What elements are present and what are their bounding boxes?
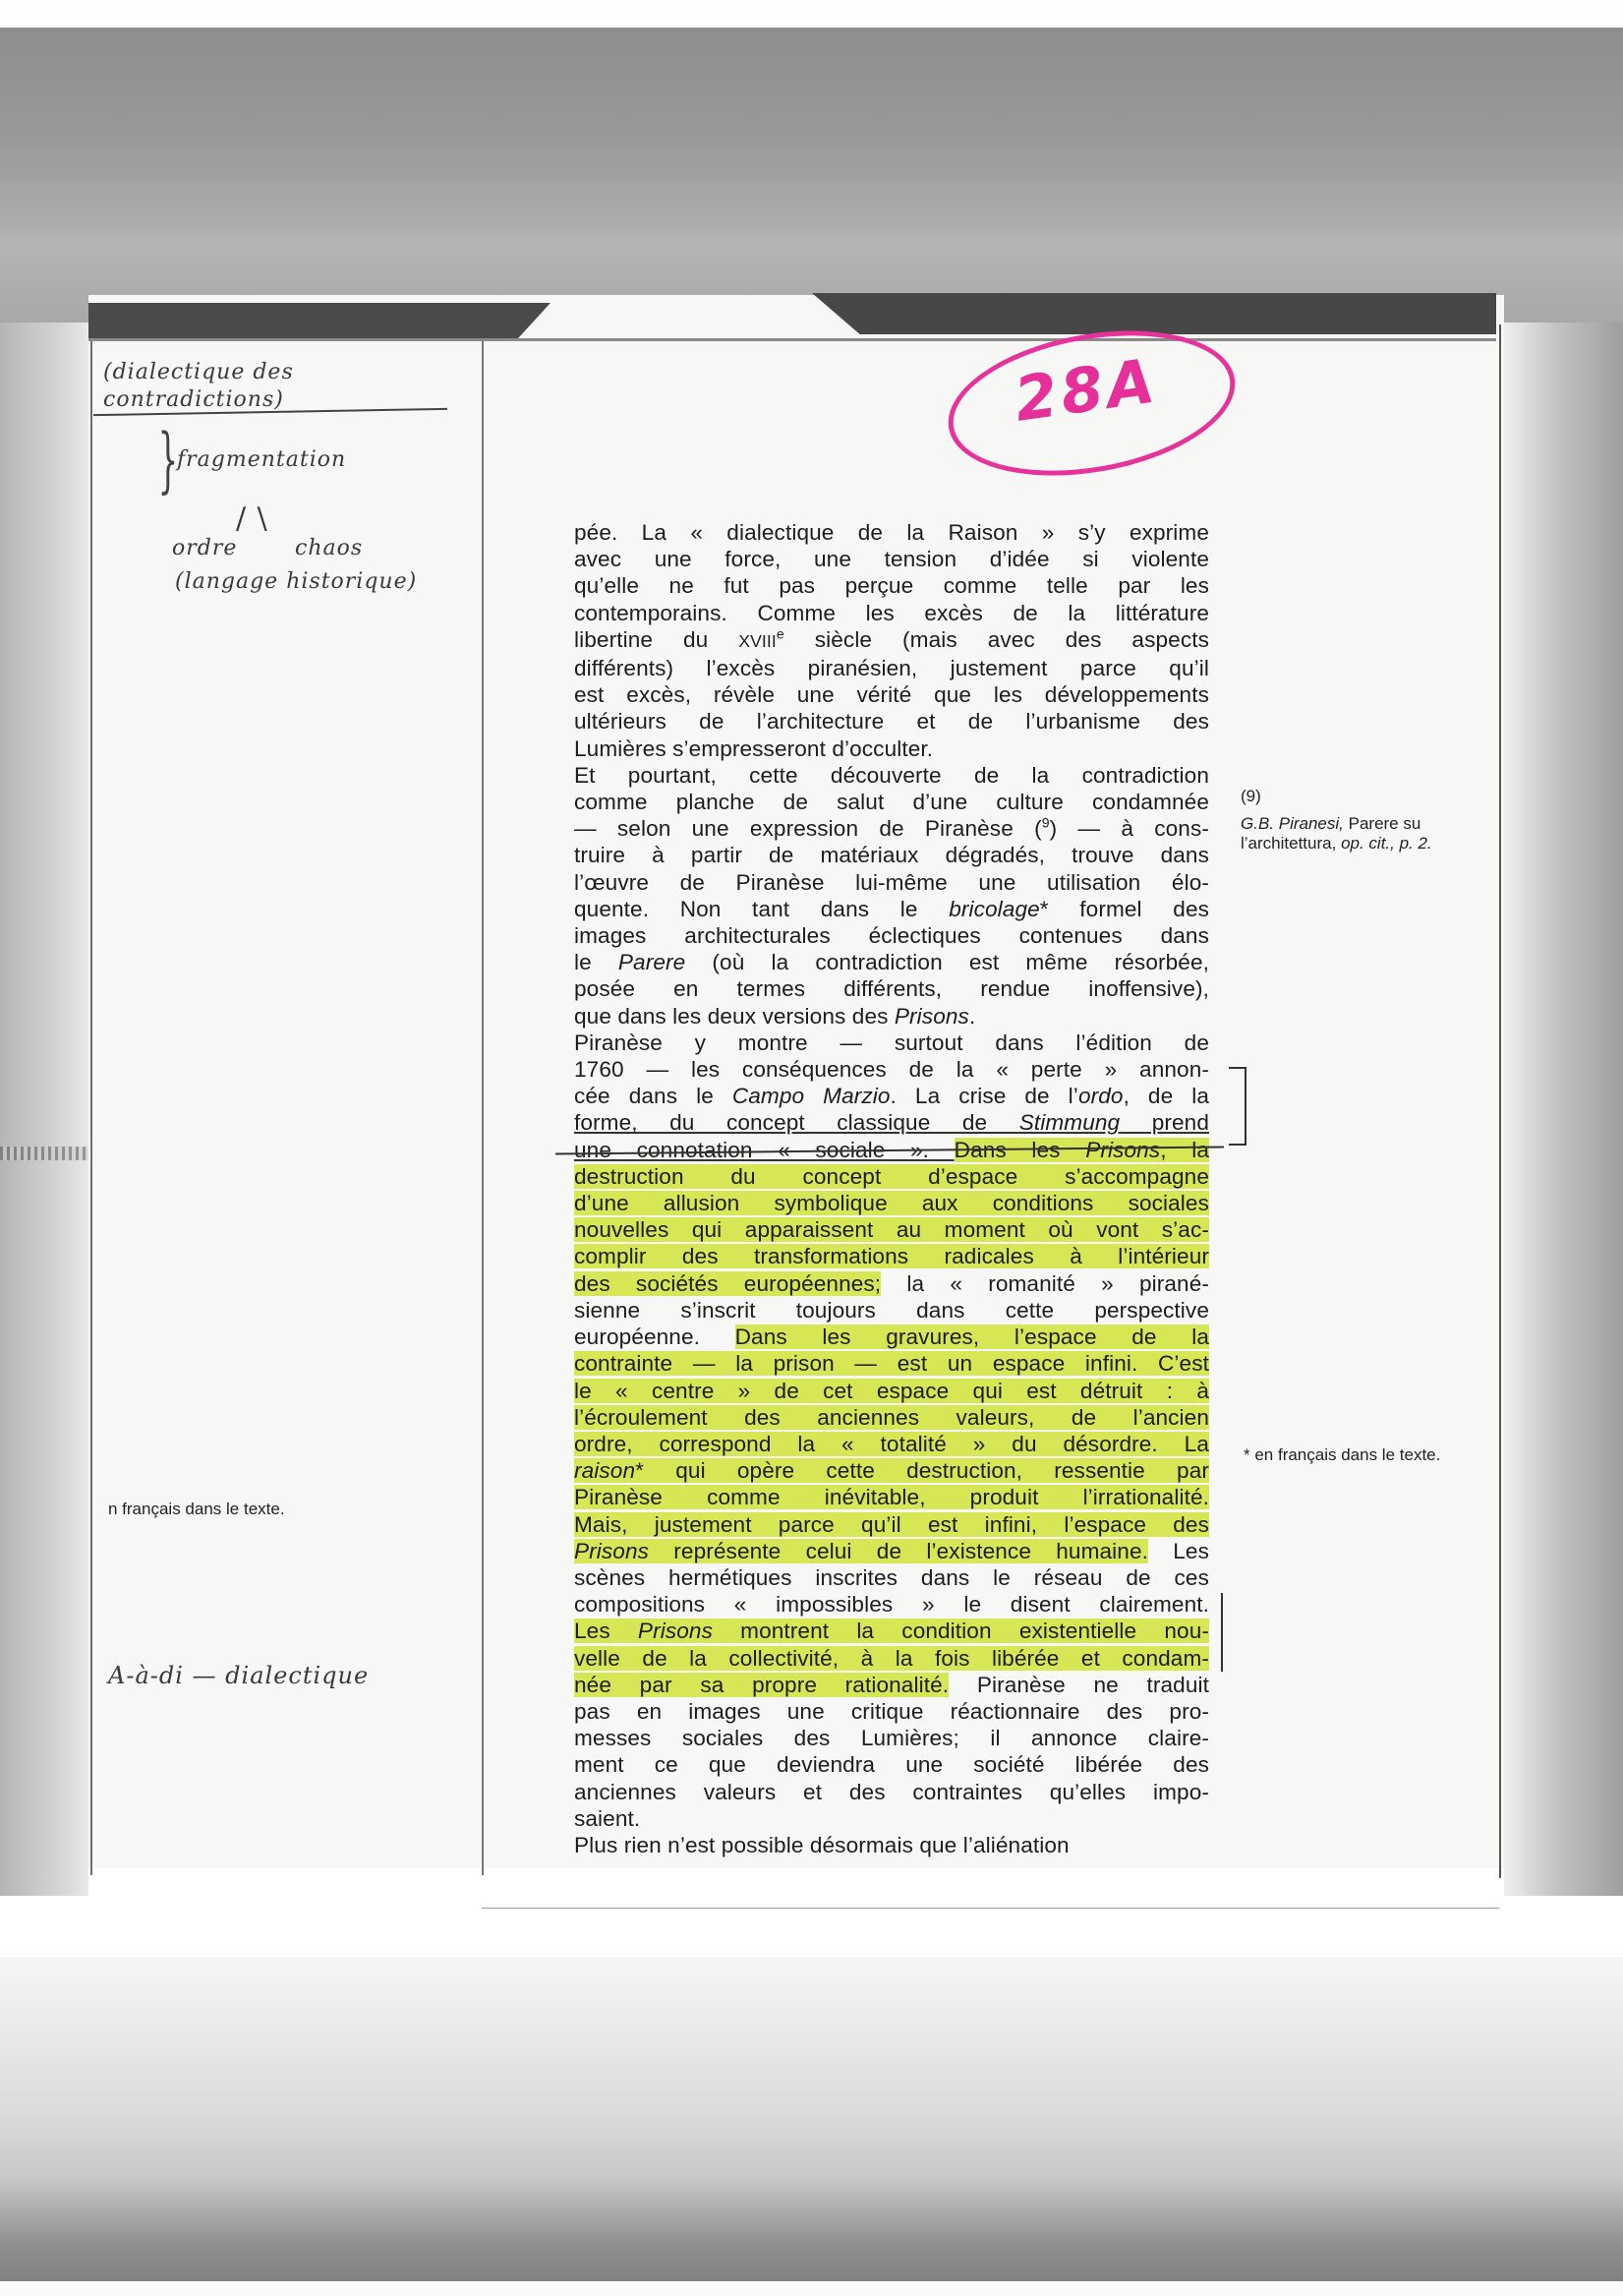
highlight: contrainte — la prison — est un espace i… xyxy=(574,1351,1209,1376)
text-line: l’œuvre de Piranèse lui-même une utilisa… xyxy=(574,869,1209,896)
highlight: née par sa propre rationalité. xyxy=(574,1673,949,1697)
bottom-rule xyxy=(482,1908,1499,1909)
text-line: européenne. Dans les gravures, l’espace … xyxy=(574,1324,1209,1350)
highlight: raison* qui opère cette destruction, res… xyxy=(574,1458,1209,1483)
text-line: contrainte — la prison — est un espace i… xyxy=(574,1350,1209,1377)
text-line: pas en images une critique réactionnaire… xyxy=(574,1698,1209,1725)
margin-bracket xyxy=(1209,1593,1223,1672)
highlight: d’une allusion symbolique aux conditions… xyxy=(574,1191,1209,1215)
text-line: qu’elle ne fut pas perçue comme telle pa… xyxy=(574,572,1209,599)
text-line: anciennes valeurs et des contraintes qu’… xyxy=(574,1779,1209,1805)
text-line: quente. Non tant dans le bricolage* form… xyxy=(574,896,1209,922)
text-line: 1760 — les conséquences de la « perte » … xyxy=(574,1056,1209,1083)
scan-shadow-left xyxy=(0,323,88,1896)
text-line: Piranèse comme inévitable, produit l’irr… xyxy=(574,1484,1209,1510)
handwritten-brace-icon: } xyxy=(158,418,179,500)
text-line: Piranèse y montre — surtout dans l’éditi… xyxy=(574,1030,1209,1056)
sidenote-author: G.B. Piranesi, xyxy=(1241,814,1344,833)
scan-shadow-bottom xyxy=(0,1957,1623,2296)
text-line: comme planche de salut d’une culture con… xyxy=(574,789,1209,815)
text-line: saient. xyxy=(574,1805,1209,1832)
text-line: messes sociales des Lumières; il annonce… xyxy=(574,1725,1209,1751)
text-line: d’une allusion symbolique aux conditions… xyxy=(574,1190,1209,1216)
text-line: pée. La « dialectique de la Raison » s’y… xyxy=(574,519,1209,546)
text-line: avec une force, une tension d’idée si vi… xyxy=(574,546,1209,572)
text-line: contemporains. Comme les excès de la lit… xyxy=(574,600,1209,626)
highlight: des sociétés européennes; xyxy=(574,1271,881,1296)
handwritten-ordre: ordre xyxy=(172,536,237,560)
text-line: Prisons représente celui de l’existence … xyxy=(574,1538,1209,1564)
highlight: complir des transformations radicales à … xyxy=(574,1244,1209,1268)
text-line: différents) l’excès piranésien, justemen… xyxy=(574,655,1209,681)
text-line: ultérieurs de l’architecture et de l’urb… xyxy=(574,708,1209,735)
text-line: Les Prisons montrent la condition existe… xyxy=(574,1618,1209,1644)
handwritten-branch: / \ xyxy=(236,501,268,536)
main-text-column: pée. La « dialectique de la Raison » s’y… xyxy=(574,519,1209,1858)
text-line: le Parere (où la contradiction est même … xyxy=(574,949,1209,975)
text-line: Lumières s’empresseront d’occulter. xyxy=(574,736,1209,762)
left-border-rule xyxy=(90,341,92,1875)
footnote-right: * en français dans le texte. xyxy=(1244,1445,1440,1465)
highlight: l’écroulement des anciennes valeurs, de … xyxy=(574,1405,1209,1430)
highlight: destruction du concept d’espace s’accomp… xyxy=(574,1164,1209,1189)
gutter-rule xyxy=(482,341,484,1875)
handwritten-bottom-note: A-à-di — dialectique xyxy=(108,1662,369,1689)
text-line: compositions « impossibles » le disent c… xyxy=(574,1591,1209,1618)
text-line: Plus rien n’est possible désormais que l… xyxy=(574,1832,1209,1858)
text-line: ment ce que deviendra une société libéré… xyxy=(574,1751,1209,1778)
text-line: ordre, correspond la « totalité » du dés… xyxy=(574,1431,1209,1457)
header-rule xyxy=(88,338,1496,341)
text-line: images architecturales éclectiques conte… xyxy=(574,922,1209,949)
highlight: Mais, justement parce qu’il est infini, … xyxy=(574,1512,1209,1537)
scan-top-margin xyxy=(0,0,1623,28)
right-border-rule xyxy=(1499,324,1501,1878)
text-line: posée en termes différents, rendue inoff… xyxy=(574,975,1209,1002)
text-line: destruction du concept d’espace s’accomp… xyxy=(574,1163,1209,1190)
scan-shadow-right xyxy=(1504,323,1623,1896)
handwritten-chaos: chaos xyxy=(295,536,363,560)
footnote-left: n français dans le texte. xyxy=(108,1500,285,1519)
sidenote-9: (9) G.B. Piranesi, Parere su l’architett… xyxy=(1241,787,1496,854)
margin-bracket xyxy=(1229,1067,1246,1146)
text-line: sienne s’inscrit toujours dans cette per… xyxy=(574,1297,1209,1324)
text-line: née par sa propre rationalité. Piranèse … xyxy=(574,1672,1209,1698)
text-line: des sociétés européennes; la « romanité … xyxy=(574,1270,1209,1297)
highlight: velle de la collectivité, à la fois libé… xyxy=(574,1646,1209,1671)
highlight: ordre, correspond la « totalité » du dés… xyxy=(574,1432,1209,1456)
text-line: le « centre » de cet espace qui est détr… xyxy=(574,1378,1209,1404)
scan-shadow-top xyxy=(0,28,1623,323)
text-line: nouvelles qui apparaissent au moment où … xyxy=(574,1216,1209,1243)
header-bar-left xyxy=(88,303,551,338)
text-line: est excès, révèle une vérité que les dév… xyxy=(574,681,1209,708)
highlight: nouvelles qui apparaissent au moment où … xyxy=(574,1217,1209,1242)
text-line: libertine du XVIIIe siècle (mais avec de… xyxy=(574,626,1209,655)
text-line: cée dans le Campo Marzio. La crise de l’… xyxy=(574,1083,1209,1109)
highlight: le « centre » de cet espace qui est détr… xyxy=(574,1379,1209,1403)
sidenote-cite: op. cit., p. 2. xyxy=(1341,834,1432,853)
text-line: truire à partir de matériaux dégradés, t… xyxy=(574,842,1209,868)
scan-bottom-margin xyxy=(0,2281,1623,2296)
text-line: — selon une expression de Piranèse (9) —… xyxy=(574,815,1209,842)
handwritten-fragmentation: fragmentation xyxy=(177,447,346,472)
text-line: Mais, justement parce qu’il est infini, … xyxy=(574,1511,1209,1538)
header-bar-right xyxy=(812,293,1496,334)
highlight: Les Prisons montrent la condition existe… xyxy=(574,1619,1209,1643)
handwritten-parenthetical: (langage historique) xyxy=(175,570,417,594)
text-line: l’écroulement des anciennes valeurs, de … xyxy=(574,1404,1209,1431)
highlight: Dans les gravures, l’espace de la xyxy=(735,1325,1209,1349)
text-line: Et pourtant, cette découverte de la cont… xyxy=(574,762,1209,789)
text-line: scènes hermétiques inscrites dans le rés… xyxy=(574,1564,1209,1591)
text-line: que dans les deux versions des Prisons. xyxy=(574,1003,1209,1030)
text-line: raison* qui opère cette destruction, res… xyxy=(574,1457,1209,1484)
text-line: forme, du concept classique de Stimmung … xyxy=(574,1109,1209,1136)
highlight: Prisons représente celui de l’existence … xyxy=(574,1539,1148,1563)
handwritten-title: (dialectique des contradictions) xyxy=(103,359,428,414)
sidenote-ref: (9) xyxy=(1241,787,1496,806)
text-line: velle de la collectivité, à la fois libé… xyxy=(574,1645,1209,1672)
highlight: Piranèse comme inévitable, produit l’irr… xyxy=(574,1485,1209,1509)
text-line: complir des transformations radicales à … xyxy=(574,1243,1209,1269)
